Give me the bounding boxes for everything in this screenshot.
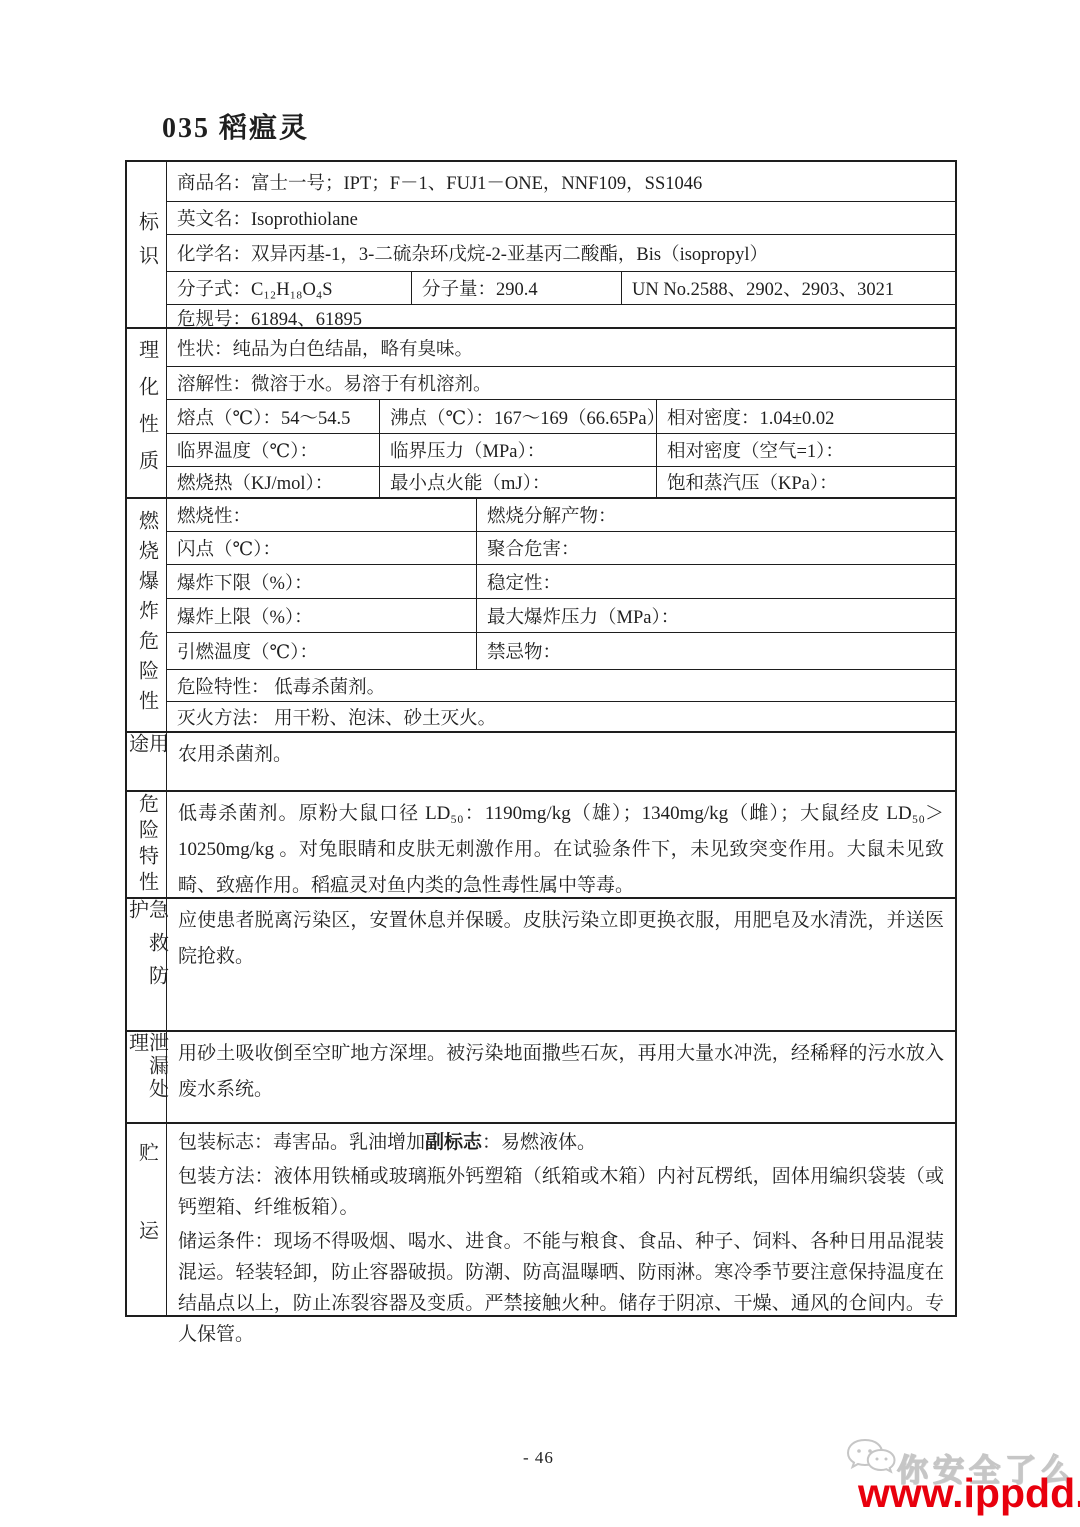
boiling-point-cell: 沸点（℃）：167～169（66.65Pa） [380, 400, 657, 433]
decomposition-products-cell: 燃烧分解产物： [477, 499, 955, 531]
table-row: 闪点（℃）： 聚合危害： [167, 532, 955, 565]
table-row: 燃烧热（KJ/mol）： 最小点火能（mJ）： 饱和蒸汽压（KPa）： [167, 467, 955, 497]
critical-temp-cell: 临界温度（℃）： [167, 434, 380, 466]
storage-conditions-text: 储运条件：现场不得吸烟、喝水、进食。不能与粮食、食品、种子、饲料、各种日用品混装… [167, 1223, 955, 1350]
stability-cell: 稳定性： [477, 565, 955, 598]
section-identification-label: 标识 [137, 211, 157, 279]
table-row: 熔点（℃）：54～54.5 沸点（℃）：167～169（66.65Pa） 相对密… [167, 400, 955, 434]
packing-mark-text: 包装标志：毒害品。乳油增加副标志：易燃液体。 [167, 1124, 955, 1158]
table-row: 灭火方法： 用干粉、泡沫、砂土灭火。 [167, 702, 955, 731]
solubility-cell: 溶解性：微溶于水。易溶于有机溶剂。 [167, 367, 955, 399]
section-use-label-cell: 用途 [127, 733, 167, 790]
min-ignition-energy-cell: 最小点火能（mJ）： [380, 467, 657, 497]
extinguishing-method-cell: 灭火方法： 用干粉、泡沫、砂土灭火。 [167, 702, 955, 731]
section-storage-label: 贮运 [137, 1142, 157, 1298]
packing-method-text: 包装方法：液体用铁桶或玻璃瓶外钙塑箱（纸箱或木箱）内衬瓦楞纸，固体用编织袋装（或… [167, 1158, 955, 1223]
table-row: 引燃温度（℃）： 禁忌物： [167, 633, 955, 670]
table-row: 危险特性： 低毒杀菌剂。 [167, 670, 955, 702]
section-leakage: 泄漏处理 用砂土吸收倒至空旷地方深埋。被污染地面撒些石灰，再用大量水冲洗，经稀释… [127, 1032, 955, 1124]
page-title: 035 稻瘟灵 [162, 106, 309, 146]
section-leakage-label-cell: 泄漏处理 [127, 1032, 167, 1122]
section-hazard-label: 危险特性 [137, 793, 157, 897]
table-row: 危规号：61894、61895 [167, 305, 955, 331]
incompatibilities-cell: 禁忌物： [477, 633, 955, 669]
polymerization-hazard-cell: 聚合危害： [477, 532, 955, 564]
section-hazard: 危险特性 低毒杀菌剂。原粉大鼠口径 LD₅₀：1190mg/kg（雄）；1340… [127, 792, 955, 899]
english-name-cell: 英文名：Isoprothiolane [167, 202, 955, 234]
table-row: 商品名：富士一号；IPT；F－1、FUJ1－ONE，NNF109，SS1046 [167, 162, 955, 202]
table-row: 燃烧性： 燃烧分解产物： [167, 499, 955, 532]
chemical-name-cell: 化学名：双异丙基-1，3-二硫杂环戊烷-2-亚基丙二酸酯，Bis（isoprop… [167, 235, 955, 271]
combustion-heat-cell: 燃烧热（KJ/mol）： [167, 467, 380, 497]
molecular-formula-cell: 分子式：C₁₂H₁₈O₄S [167, 272, 412, 304]
page-number: - 46 [523, 1448, 554, 1468]
table-row: 英文名：Isoprothiolane [167, 202, 955, 235]
section-hazard-label-cell: 危险特性 [127, 792, 167, 897]
watermark-url: www.ippdd.com [858, 1470, 1080, 1517]
section-identification: 标识 商品名：富士一号；IPT；F－1、FUJ1－ONE，NNF109，SS10… [127, 162, 955, 329]
table-row: 溶解性：微溶于水。易溶于有机溶剂。 [167, 367, 955, 400]
table-row: 爆炸下限（%）： 稳定性： [167, 565, 955, 599]
leakage-text: 用砂土吸收倒至空旷地方深埋。被污染地面撒些石灰，再用大量水冲洗，经稀释的污水放入… [167, 1032, 955, 1108]
max-explosion-pressure-cell: 最大爆炸压力（MPa）： [477, 599, 955, 632]
section-first-aid: 急救防护 应使患者脱离污染区，安置休息并保暖。皮肤污染立即更换衣服，用肥皂及水清… [127, 899, 955, 1032]
critical-pressure-cell: 临界压力（MPa）： [380, 434, 657, 466]
section-fire-explosion-label: 燃烧爆炸危险性 [137, 510, 157, 720]
packing-mark-suffix: ：易燃液体。 [482, 1132, 596, 1153]
hazard-text: 低毒杀菌剂。原粉大鼠口径 LD₅₀：1190mg/kg（雄）；1340mg/kg… [167, 792, 955, 904]
section-physchem: 理化性质 性状：纯品为白色结晶，略有臭味。 溶解性：微溶于水。易溶于有机溶剂。 … [127, 329, 955, 499]
section-use: 用途 农用杀菌剂。 [127, 733, 955, 792]
relative-density-cell: 相对密度：1.04±0.02 [657, 400, 955, 433]
appearance-cell: 性状：纯品为白色结晶，略有臭味。 [167, 329, 955, 366]
hazard-characteristics-cell: 危险特性： 低毒杀菌剂。 [167, 670, 955, 701]
msds-table: 标识 商品名：富士一号；IPT；F－1、FUJ1－ONE，NNF109，SS10… [125, 160, 957, 1317]
section-physchem-label: 理化性质 [137, 339, 157, 487]
un-number-cell: UN No.2588、2902、2903、3021 [622, 272, 955, 304]
explosion-lower-limit-cell: 爆炸下限（%）： [167, 565, 477, 598]
table-row: 分子式：C₁₂H₁₈O₄S 分子量：290.4 UN No.2588、2902、… [167, 272, 955, 305]
section-first-aid-label-cell: 急救防护 [127, 899, 167, 1030]
trade-name-cell: 商品名：富士一号；IPT；F－1、FUJ1－ONE，NNF109，SS1046 [167, 162, 955, 201]
molecular-weight-cell: 分子量：290.4 [412, 272, 622, 304]
section-identification-label-cell: 标识 [127, 162, 167, 327]
table-row: 爆炸上限（%）： 最大爆炸压力（MPa）： [167, 599, 955, 633]
packing-mark-prefix: 包装标志：毒害品。乳油增加 [178, 1132, 425, 1153]
table-row: 临界温度（℃）： 临界压力（MPa）： 相对密度（空气=1）： [167, 434, 955, 467]
section-fire-explosion: 燃烧爆炸危险性 燃烧性： 燃烧分解产物： 闪点（℃）： 聚合危害： 爆炸下限（%… [127, 499, 955, 733]
table-row: 性状：纯品为白色结晶，略有臭味。 [167, 329, 955, 367]
section-storage-label-cell: 贮运 [127, 1124, 167, 1315]
section-fire-explosion-label-cell: 燃烧爆炸危险性 [127, 499, 167, 731]
hazard-code-cell: 危规号：61894、61895 [167, 305, 955, 331]
melting-point-cell: 熔点（℃）：54～54.5 [167, 400, 380, 433]
use-text: 农用杀菌剂。 [167, 733, 955, 773]
flash-point-cell: 闪点（℃）： [167, 532, 477, 564]
table-row: 化学名：双异丙基-1，3-二硫杂环戊烷-2-亚基丙二酸酯，Bis（isoprop… [167, 235, 955, 272]
first-aid-text: 应使患者脱离污染区，安置休息并保暖。皮肤污染立即更换衣服，用肥皂及水清洗，并送医… [167, 899, 955, 975]
section-storage: 贮运 包装标志：毒害品。乳油增加副标志：易燃液体。 包装方法：液体用铁桶或玻璃瓶… [127, 1124, 955, 1315]
section-physchem-label-cell: 理化性质 [127, 329, 167, 497]
flammability-cell: 燃烧性： [167, 499, 477, 531]
packing-mark-bold: 副标志 [425, 1132, 482, 1153]
section-first-aid-label: 急救防护 [127, 899, 167, 1030]
section-use-label: 用途 [127, 733, 167, 790]
section-leakage-label: 泄漏处理 [127, 1032, 167, 1122]
saturated-vapor-pressure-cell: 饱和蒸汽压（KPa）： [657, 467, 955, 497]
ignition-temp-cell: 引燃温度（℃）： [167, 633, 477, 669]
explosion-upper-limit-cell: 爆炸上限（%）： [167, 599, 477, 632]
relative-density-air-cell: 相对密度（空气=1）： [657, 434, 955, 466]
